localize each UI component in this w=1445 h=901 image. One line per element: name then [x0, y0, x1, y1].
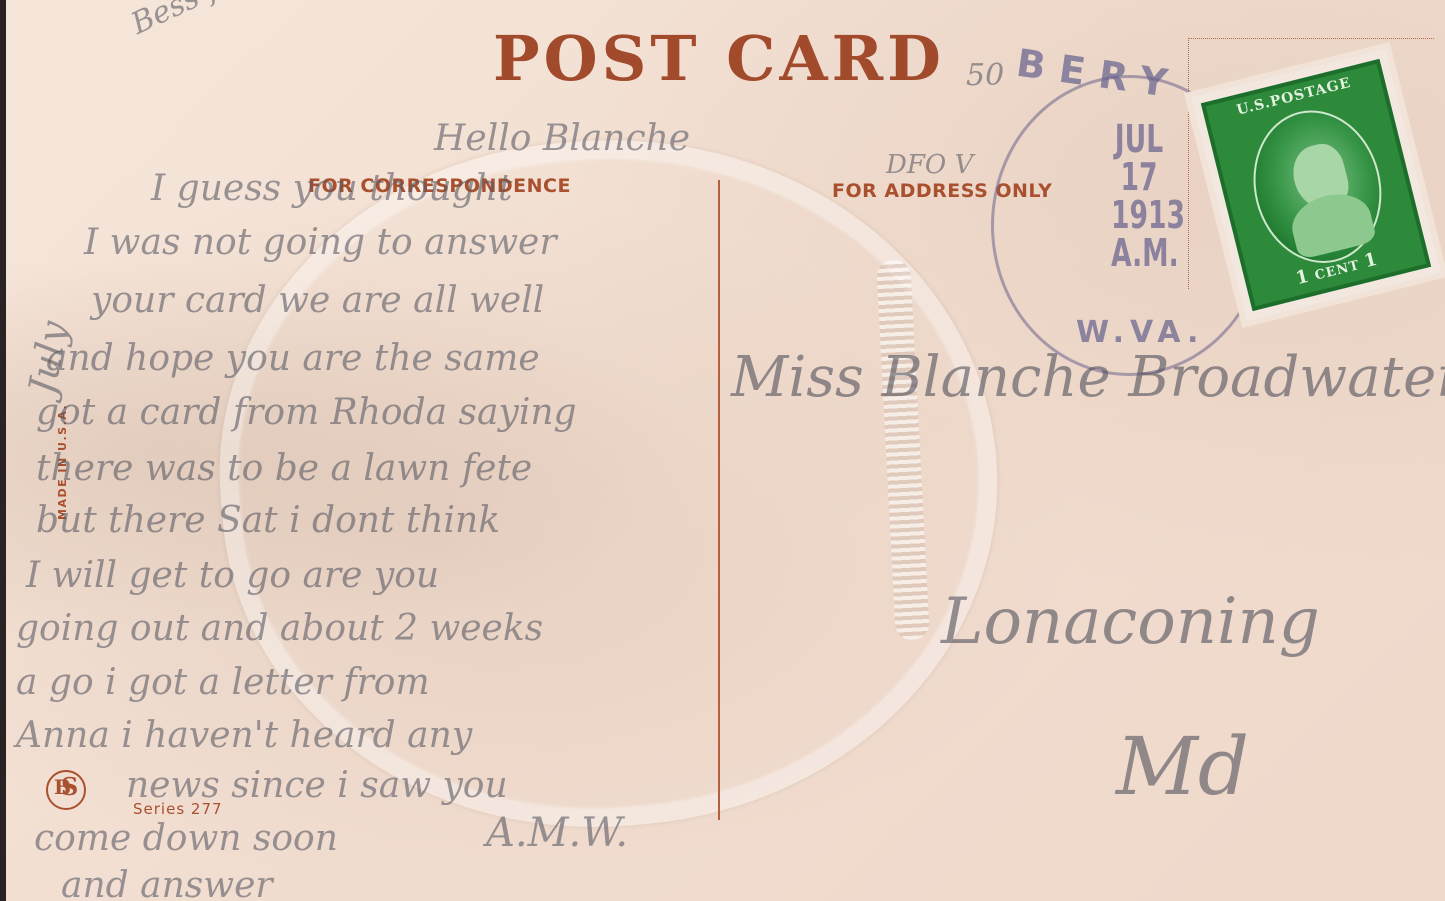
- postcard-back: POST CARD FOR CORRESPONDENCE FOR ADDRESS…: [0, 0, 1445, 901]
- postmark-day: 17: [1111, 158, 1167, 196]
- postmark-date: JUL 17 1913 A.M.: [1111, 120, 1167, 272]
- signature: A.M.W.: [486, 810, 628, 856]
- publisher-logo-icon: B S: [46, 770, 86, 810]
- message-line: Hello Blanche: [434, 118, 690, 159]
- portrait-bust: [1286, 186, 1377, 260]
- address-city: Lonaconing: [941, 585, 1320, 659]
- corner-number: 50: [966, 58, 1004, 93]
- message-line: going out and about 2 weeks: [16, 608, 543, 649]
- message-line: but there Sat i dont think: [36, 500, 500, 541]
- message-line: got a card from Rhoda saying: [36, 392, 577, 433]
- message-line: a go i got a letter from: [16, 662, 430, 703]
- message-line: I guess you thought: [151, 168, 512, 209]
- message-line: and answer: [61, 865, 273, 901]
- address-name: Miss Blanche Broadwater: [731, 345, 1445, 410]
- address-state: Md: [1116, 720, 1249, 813]
- card-title: POST CARD: [493, 22, 945, 95]
- center-divider: [718, 180, 720, 820]
- stamp-design: U.S.POSTAGE 1 CENT 1: [1201, 59, 1431, 311]
- message-line: I was not going to answer: [84, 222, 557, 263]
- message-line: I will get to go are you: [26, 555, 439, 596]
- postmark-time: A.M.: [1111, 234, 1167, 272]
- corner-mark: DFO V: [886, 150, 973, 180]
- message-line: come down soon: [34, 818, 338, 859]
- logo-letter-s: S: [61, 772, 78, 801]
- message-line: Anna i haven't heard any: [16, 715, 472, 756]
- message-line: and hope you are the same: [46, 338, 540, 379]
- message-line: there was to be a lawn fete: [36, 448, 532, 489]
- postmark-year: 1913: [1111, 196, 1167, 234]
- postmark-month: JUL: [1111, 120, 1167, 158]
- message-line: your card we are all well: [91, 280, 544, 321]
- message-line: news since i saw you: [126, 765, 508, 806]
